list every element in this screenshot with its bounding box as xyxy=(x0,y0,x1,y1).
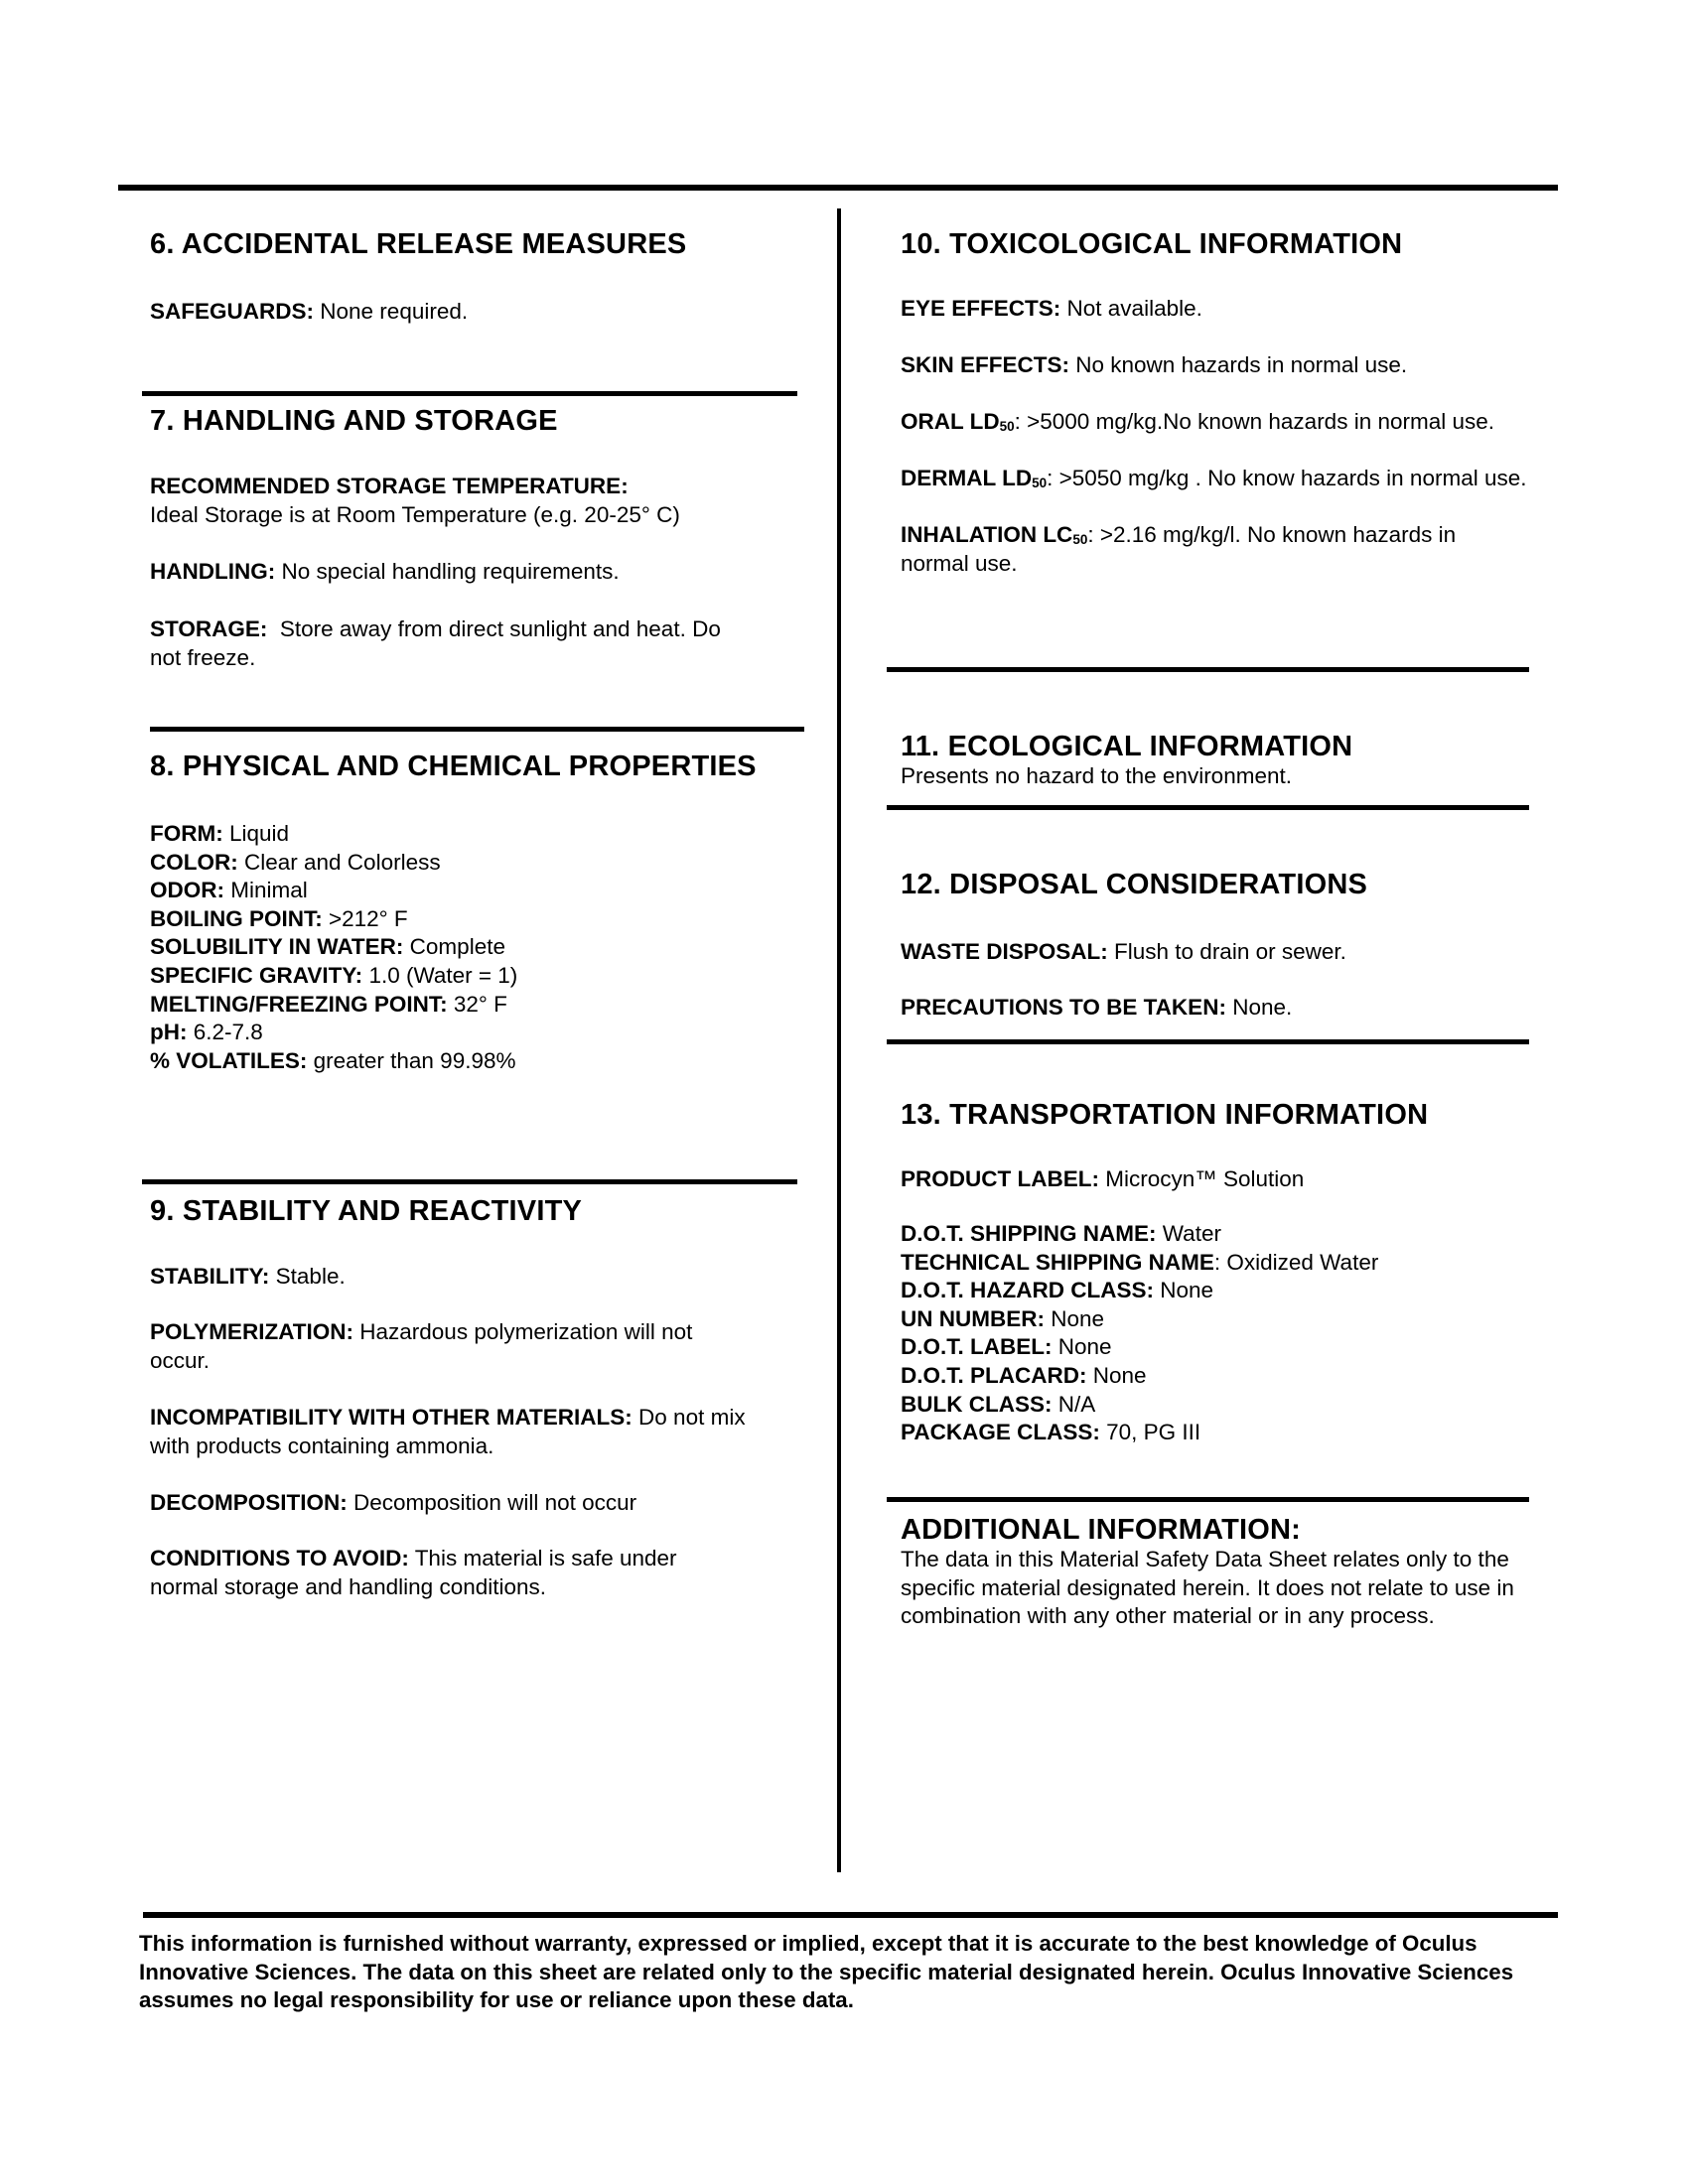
dermal-ld50-field: DERMAL LD50: >5050 mg/kg . No know hazar… xyxy=(901,465,1527,493)
recommended-storage-temp-field: RECOMMENDED STORAGE TEMPERATURE: Ideal S… xyxy=(150,473,680,529)
field-value: >212° F xyxy=(323,906,408,931)
field-label: % VOLATILES: xyxy=(150,1048,307,1073)
field-value: Not available. xyxy=(1060,296,1202,321)
field-value: Water xyxy=(1157,1221,1221,1246)
polymerization-field: POLYMERIZATION: Hazardous polymerization… xyxy=(150,1318,692,1375)
precautions-field: PRECAUTIONS TO BE TAKEN: None. xyxy=(901,994,1292,1023)
field-value-cont: with products containing ammonia. xyxy=(150,1433,493,1458)
section-10-heading: 10. TOXICOLOGICAL INFORMATION xyxy=(901,230,1402,259)
field-label: D.O.T. PLACARD: xyxy=(901,1363,1087,1388)
list-item: COLOR: Clear and Colorless xyxy=(150,849,517,878)
field-value: None xyxy=(1087,1363,1147,1388)
field-value: This material is safe under xyxy=(409,1546,677,1570)
field-value: : >5000 mg/kg.No known hazards in normal… xyxy=(1015,409,1494,434)
field-value: N/A xyxy=(1053,1392,1096,1417)
physical-properties-list: FORM: LiquidCOLOR: Clear and ColorlessOD… xyxy=(150,820,517,1075)
field-value: Stable. xyxy=(269,1264,345,1289)
list-item: pH: 6.2-7.8 xyxy=(150,1019,517,1047)
field-value: 70, PG III xyxy=(1100,1420,1200,1444)
field-value: Clear and Colorless xyxy=(238,850,441,875)
field-label: INCOMPATIBILITY WITH OTHER MATERIALS: xyxy=(150,1405,633,1430)
field-label: RECOMMENDED STORAGE TEMPERATURE: xyxy=(150,474,629,498)
field-label: TECHNICAL SHIPPING NAME xyxy=(901,1250,1214,1275)
field-value-cont: normal use. xyxy=(901,551,1018,576)
section-7-heading: 7. HANDLING AND STORAGE xyxy=(150,407,558,436)
field-value: 1.0 (Water = 1) xyxy=(362,963,517,988)
product-label-field: PRODUCT LABEL: Microcyn™ Solution xyxy=(901,1165,1304,1194)
field-label: PRODUCT LABEL: xyxy=(901,1166,1099,1191)
field-label: POLYMERIZATION: xyxy=(150,1319,353,1344)
storage-field: STORAGE: Store away from direct sunlight… xyxy=(150,615,721,672)
field-value: Flush to drain or sewer. xyxy=(1108,939,1346,964)
field-label: SOLUBILITY IN WATER: xyxy=(150,934,403,959)
section-7-rule xyxy=(142,391,797,396)
field-value-cont: not freeze. xyxy=(150,645,255,670)
list-item: PACKAGE CLASS: 70, PG III xyxy=(901,1419,1378,1447)
field-label: DECOMPOSITION: xyxy=(150,1490,348,1515)
field-label: DERMAL LD50 xyxy=(901,466,1047,490)
field-label: D.O.T. HAZARD CLASS: xyxy=(901,1278,1154,1302)
field-label: HANDLING: xyxy=(150,559,275,584)
field-value: No special handling requirements. xyxy=(275,559,619,584)
field-label: SKIN EFFECTS: xyxy=(901,352,1069,377)
list-item: SOLUBILITY IN WATER: Complete xyxy=(150,933,517,962)
safeguards-field: SAFEGUARDS: None required. xyxy=(150,298,468,327)
waste-disposal-field: WASTE DISPOSAL: Flush to drain or sewer. xyxy=(901,938,1346,967)
field-value-cont: normal storage and handling conditions. xyxy=(150,1574,546,1599)
additional-info-rule xyxy=(887,1497,1529,1502)
list-item: D.O.T. PLACARD: None xyxy=(901,1362,1378,1391)
list-item: MELTING/FREEZING POINT: 32° F xyxy=(150,991,517,1020)
section-6-heading: 6. ACCIDENTAL RELEASE MEASURES xyxy=(150,230,686,259)
list-item: TECHNICAL SHIPPING NAME: Oxidized Water xyxy=(901,1249,1378,1278)
list-item: ODOR: Minimal xyxy=(150,877,517,905)
field-value: Liquid xyxy=(223,821,289,846)
transportation-list: D.O.T. SHIPPING NAME: WaterTECHNICAL SHI… xyxy=(901,1220,1378,1447)
field-value: Microcyn™ Solution xyxy=(1099,1166,1304,1191)
list-item: D.O.T. LABEL: None xyxy=(901,1333,1378,1362)
list-item: FORM: Liquid xyxy=(150,820,517,849)
field-label: CONDITIONS TO AVOID: xyxy=(150,1546,409,1570)
section-13-rule xyxy=(887,1039,1529,1044)
field-value: No known hazards in normal use. xyxy=(1069,352,1407,377)
oral-ld50-field: ORAL LD50: >5000 mg/kg.No known hazards … xyxy=(901,408,1494,437)
field-label: BULK CLASS: xyxy=(901,1392,1053,1417)
field-value: 6.2-7.8 xyxy=(188,1020,263,1044)
field-value: Decomposition will not occur xyxy=(348,1490,636,1515)
field-label: INHALATION LC50 xyxy=(901,522,1087,547)
skin-effects-field: SKIN EFFECTS: No known hazards in normal… xyxy=(901,351,1407,380)
field-label: MELTING/FREEZING POINT: xyxy=(150,992,448,1017)
list-item: D.O.T. HAZARD CLASS: None xyxy=(901,1277,1378,1305)
field-label: PRECAUTIONS TO BE TAKEN: xyxy=(901,995,1226,1020)
section-13-heading: 13. TRANSPORTATION INFORMATION xyxy=(901,1101,1428,1130)
field-value: : >2.16 mg/kg/l. No known hazards in xyxy=(1087,522,1456,547)
top-rule xyxy=(118,185,1558,191)
conditions-to-avoid-field: CONDITIONS TO AVOID: This material is sa… xyxy=(150,1545,677,1601)
field-label: BOILING POINT: xyxy=(150,906,323,931)
field-value: None. xyxy=(1226,995,1292,1020)
field-value: None xyxy=(1154,1278,1213,1302)
section-8-rule xyxy=(150,727,804,732)
field-value: Minimal xyxy=(224,878,308,902)
handling-field: HANDLING: No special handling requiremen… xyxy=(150,558,620,587)
field-label: ODOR: xyxy=(150,878,224,902)
section-12-rule xyxy=(887,805,1529,810)
field-label: D.O.T. SHIPPING NAME: xyxy=(901,1221,1157,1246)
list-item: BULK CLASS: N/A xyxy=(901,1391,1378,1420)
additional-info-heading: ADDITIONAL INFORMATION: xyxy=(901,1516,1301,1545)
decomposition-field: DECOMPOSITION: Decomposition will not oc… xyxy=(150,1489,636,1518)
section-11-heading: 11. ECOLOGICAL INFORMATION xyxy=(901,733,1352,761)
field-label: UN NUMBER: xyxy=(901,1306,1045,1331)
field-label: COLOR: xyxy=(150,850,238,875)
inhalation-lc50-field: INHALATION LC50: >2.16 mg/kg/l. No known… xyxy=(901,521,1456,578)
stability-field: STABILITY: Stable. xyxy=(150,1263,346,1292)
field-value: None xyxy=(1053,1334,1112,1359)
footer-disclaimer: This information is furnished without wa… xyxy=(139,1930,1569,2015)
field-label: SPECIFIC GRAVITY: xyxy=(150,963,362,988)
field-label: STABILITY: xyxy=(150,1264,269,1289)
field-value: : >5050 mg/kg . No know hazards in norma… xyxy=(1047,466,1526,490)
field-value-cont: occur. xyxy=(150,1348,210,1373)
list-item: D.O.T. SHIPPING NAME: Water xyxy=(901,1220,1378,1249)
list-item: BOILING POINT: >212° F xyxy=(150,905,517,934)
section-12-heading: 12. DISPOSAL CONSIDERATIONS xyxy=(901,871,1367,899)
field-label: WASTE DISPOSAL: xyxy=(901,939,1108,964)
field-label: EYE EFFECTS: xyxy=(901,296,1060,321)
ecological-text: Presents no hazard to the environment. xyxy=(901,762,1292,791)
field-value: 32° F xyxy=(448,992,507,1017)
column-divider xyxy=(837,208,841,1872)
field-value: greater than 99.98% xyxy=(307,1048,515,1073)
section-8-heading: 8. PHYSICAL AND CHEMICAL PROPERTIES xyxy=(150,752,757,781)
field-value: None xyxy=(1045,1306,1104,1331)
field-label: pH: xyxy=(150,1020,188,1044)
field-value: Store away from direct sunlight and heat… xyxy=(267,616,720,641)
section-11-rule xyxy=(887,667,1529,672)
additional-info-text: The data in this Material Safety Data Sh… xyxy=(901,1546,1514,1631)
list-item: UN NUMBER: None xyxy=(901,1305,1378,1334)
section-9-rule xyxy=(142,1179,797,1184)
bottom-rule xyxy=(143,1912,1558,1918)
field-label: FORM: xyxy=(150,821,223,846)
list-item: SPECIFIC GRAVITY: 1.0 (Water = 1) xyxy=(150,962,517,991)
field-label: STORAGE: xyxy=(150,616,267,641)
field-value: Ideal Storage is at Room Temperature (e.… xyxy=(150,502,680,527)
field-value: None required. xyxy=(314,299,468,324)
field-label: SAFEGUARDS: xyxy=(150,299,314,324)
field-label: D.O.T. LABEL: xyxy=(901,1334,1053,1359)
section-9-heading: 9. STABILITY AND REACTIVITY xyxy=(150,1197,582,1226)
field-value: Hazardous polymerization will not xyxy=(353,1319,692,1344)
eye-effects-field: EYE EFFECTS: Not available. xyxy=(901,295,1202,324)
field-value: : Oxidized Water xyxy=(1214,1250,1378,1275)
list-item: % VOLATILES: greater than 99.98% xyxy=(150,1047,517,1076)
field-value: Complete xyxy=(403,934,505,959)
field-label: ORAL LD50 xyxy=(901,409,1015,434)
incompatibility-field: INCOMPATIBILITY WITH OTHER MATERIALS: Do… xyxy=(150,1404,746,1460)
field-label: PACKAGE CLASS: xyxy=(901,1420,1100,1444)
field-value: Do not mix xyxy=(633,1405,746,1430)
